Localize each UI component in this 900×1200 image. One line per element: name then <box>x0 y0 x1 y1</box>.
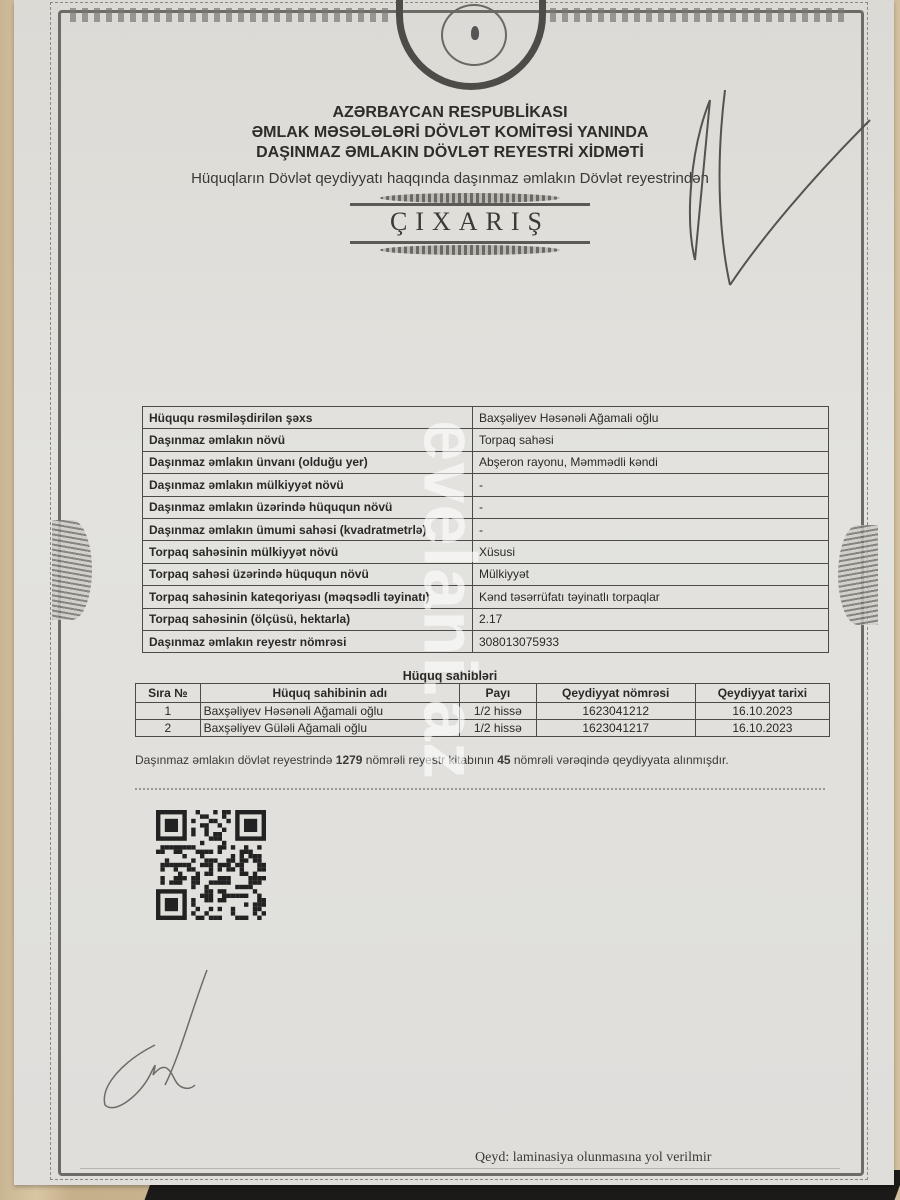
footer-note: Qeyd: laminasiya olunmasına yol verilmir <box>475 1150 711 1166</box>
page-number: 45 <box>497 753 510 767</box>
title-rule-bottom <box>350 241 590 244</box>
title-ornament-bottom <box>380 245 560 255</box>
owner-cell: 2 <box>136 720 201 737</box>
book-number: 1279 <box>336 753 363 767</box>
document-title-block: ÇIXARIŞ <box>350 193 590 255</box>
signature-bottom <box>95 965 215 1115</box>
title-rule-top <box>350 203 590 206</box>
info-value: - <box>473 518 829 540</box>
owner-cell: 1 <box>136 703 201 720</box>
info-value: 2.17 <box>473 608 829 630</box>
info-value: Kənd təsərrüfatı təyinatlı torpaqlar <box>473 586 829 608</box>
owner-cell: 16.10.2023 <box>695 720 829 737</box>
ornament-top-left <box>70 8 390 22</box>
owners-column-header: Qeydiyyat nömrəsi <box>536 684 695 703</box>
info-value: Abşeron rayonu, Məmmədli kəndi <box>473 451 829 473</box>
reg-text-part3: nömrəli vərəqində qeydiyyata alınmışdır. <box>511 753 729 767</box>
document-title: ÇIXARIŞ <box>350 207 590 237</box>
info-value: Baxşəliyev Həsənəli Ağamali oğlu <box>473 407 829 429</box>
ornament-top-right <box>550 8 850 22</box>
title-ornament-top <box>380 193 560 203</box>
qr-code-icon[interactable] <box>156 810 266 920</box>
info-value: Torpaq sahəsi <box>473 429 829 451</box>
watermark: evelani.az <box>405 380 495 820</box>
owners-column-header: Sıra № <box>136 684 201 703</box>
watermark-text: evelani.az <box>408 420 493 780</box>
ornament-left <box>52 520 92 620</box>
owner-cell: 1623041217 <box>536 720 695 737</box>
owner-cell: 1623041212 <box>536 703 695 720</box>
owner-cell: 16.10.2023 <box>695 703 829 720</box>
signature-top <box>670 70 880 300</box>
owners-column-header: Qeydiyyat tarixi <box>695 684 829 703</box>
info-value: - <box>473 496 829 518</box>
info-value: Xüsusi <box>473 541 829 563</box>
footer-rule <box>80 1168 840 1169</box>
reg-text-part1: Daşınmaz əmlakın dövlət reyestrində <box>135 753 336 767</box>
info-value: Mülkiyyət <box>473 563 829 585</box>
info-value: 308013075933 <box>473 630 829 652</box>
info-value: - <box>473 474 829 496</box>
ornament-right <box>838 525 878 625</box>
